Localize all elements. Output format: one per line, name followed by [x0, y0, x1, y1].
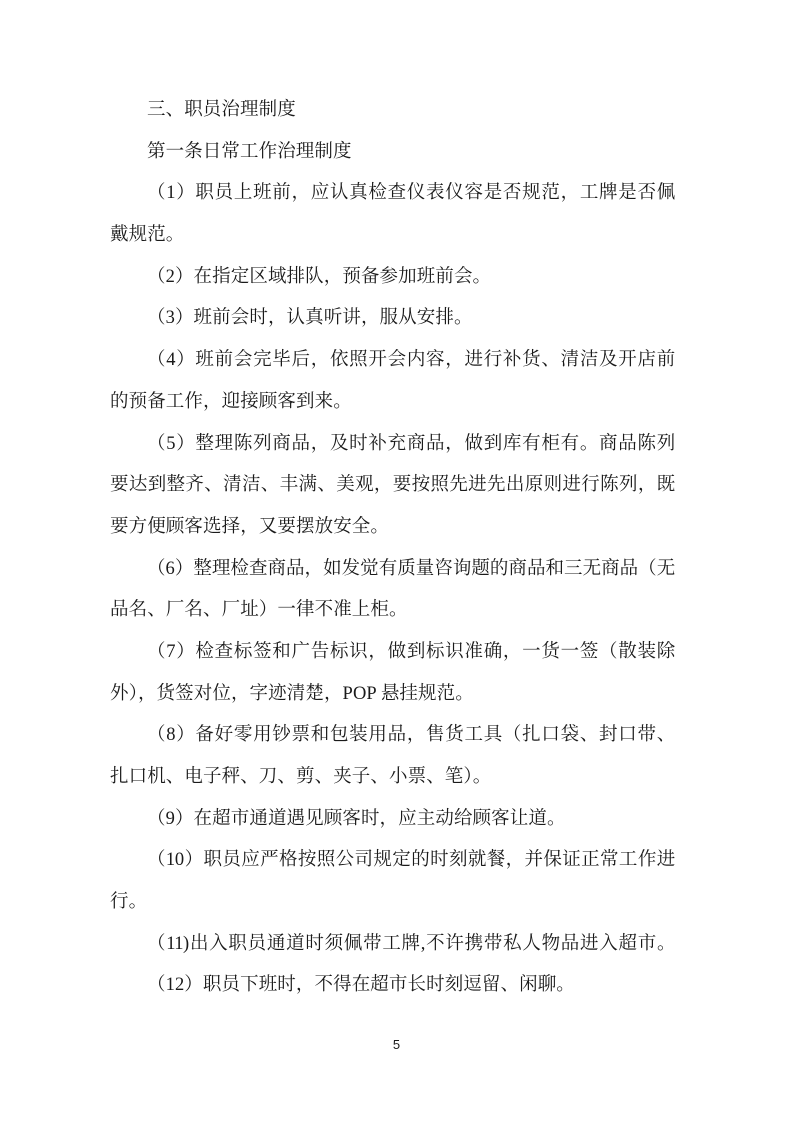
paragraph-line-list-item-7-1: （7）检查标签和广告标识，做到标识准确，一货一签（散装除: [110, 632, 675, 674]
paragraph-line-list-item-12-1: （12）职员下班时，不得在超市长时刻逗留、闲聊。: [110, 965, 675, 1007]
paragraph-line-list-item-6-2: 品名、厂名、厂址）一律不准上柜。: [110, 590, 675, 632]
paragraph-line-list-item-5-2: 要达到整齐、清洁、丰满、美观，要按照先进先出原则进行陈列，既: [110, 465, 675, 507]
paragraph-line-list-item-3-1: （3）班前会时，认真听讲，服从安排。: [110, 298, 675, 340]
paragraph-line-list-item-5-1: （5）整理陈列商品，及时补充商品，做到库有柜有。商品陈列: [110, 424, 675, 466]
paragraph-line-list-item-10-2: 行。: [110, 882, 675, 924]
paragraph-line-heading-article-1: 第一条日常工作治理制度: [110, 132, 675, 174]
paragraph-line-list-item-2-1: （2）在指定区域排队，预备参加班前会。: [110, 257, 675, 299]
document-page: 三、职员治理制度第一条日常工作治理制度（1）职员上班前，应认真检查仪表仪容是否规…: [0, 0, 793, 1122]
paragraph-line-heading-section-1: 三、职员治理制度: [110, 90, 675, 132]
paragraph-line-list-item-7-2: 外），货签对位，字迹清楚，POP 悬挂规范。: [110, 674, 675, 716]
paragraph-line-list-item-8-1: （8）备好零用钞票和包装用品，售货工具（扎口袋、封口带、: [110, 715, 675, 757]
page-number: 5: [0, 1037, 793, 1052]
paragraph-line-list-item-10-1: （10）职员应严格按照公司规定的时刻就餐，并保证正常工作进: [110, 840, 675, 882]
paragraph-line-list-item-5-3: 要方便顾客选择，又要摆放安全。: [110, 507, 675, 549]
paragraph-line-list-item-11-1: （11)出入职员通道时须佩带工牌,不许携带私人物品进入超市。: [110, 924, 675, 966]
paragraph-line-list-item-8-2: 扎口机、电子秤、刀、剪、夹子、小票、笔）。: [110, 757, 675, 799]
document-body: 三、职员治理制度第一条日常工作治理制度（1）职员上班前，应认真检查仪表仪容是否规…: [110, 90, 675, 1007]
paragraph-line-list-item-6-1: （6）整理检查商品，如发觉有质量咨询题的商品和三无商品（无: [110, 549, 675, 591]
paragraph-line-list-item-1-2: 戴规范。: [110, 215, 675, 257]
paragraph-line-list-item-9-1: （9）在超市通道遇见顾客时，应主动给顾客让道。: [110, 799, 675, 841]
paragraph-line-list-item-4-2: 的预备工作，迎接顾客到来。: [110, 382, 675, 424]
paragraph-line-list-item-4-1: （4）班前会完毕后，依照开会内容，进行补货、清洁及开店前: [110, 340, 675, 382]
paragraph-line-list-item-1-1: （1）职员上班前，应认真检查仪表仪容是否规范，工牌是否佩: [110, 173, 675, 215]
